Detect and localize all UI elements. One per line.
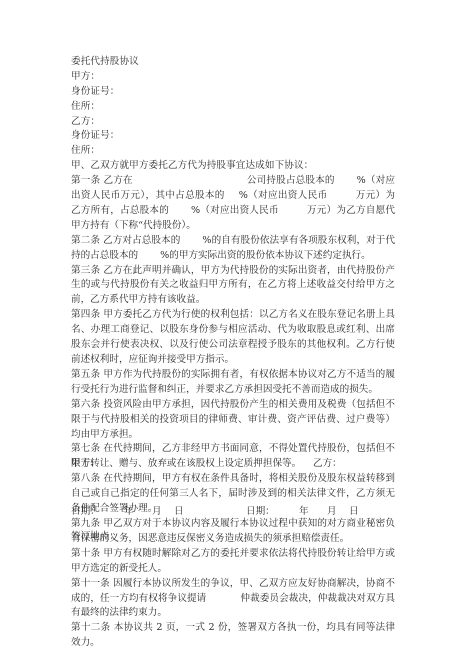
clause-number: 第四条 bbox=[71, 309, 100, 320]
clause-11: 第十一条 因履行本协议所发生的争议，甲、乙双方应友好协商解决，协商不成的，任一方… bbox=[71, 577, 395, 622]
clause-2: 第二条 乙方对占总股本的%的自有股份依法享有各项股东权利，对于代持的占总股本的%… bbox=[71, 234, 395, 264]
clause-7: 第七条 在代持期间，乙方非经甲方书面同意，不得处置代持股份，包括但不限于转让、赠… bbox=[71, 442, 395, 472]
date-row: 日期： 年 月 日 日期： 年 月 日 bbox=[71, 505, 100, 519]
clause-number: 第十条 bbox=[71, 548, 100, 559]
clause-number: 第一条 bbox=[71, 175, 100, 186]
clause-10: 第十条 甲方有权随时解除对乙方的委托并要求依法将代持股份转让给甲方或甲方选定的新… bbox=[71, 547, 395, 577]
clause-number: 第三条 bbox=[71, 265, 100, 276]
party-a-address-label: 住所： bbox=[71, 100, 395, 115]
agreement-document: 委托代持股协议 甲方： 身份证号： 住所： 乙方： 身份证号： 住所： 甲、乙双… bbox=[71, 55, 395, 651]
clause-number: 第十二条 bbox=[71, 622, 110, 633]
signing-place-label: 签订地点： bbox=[71, 531, 119, 542]
party-a-id-label: 身份证号： bbox=[71, 85, 395, 100]
preamble: 甲、乙双方就甲方委托乙方代为持股事宜达成如下协议： bbox=[71, 159, 395, 174]
clause-number: 第五条 bbox=[71, 369, 100, 380]
signature-row: 甲方： 乙方： bbox=[71, 457, 100, 471]
signing-place-row: 签订地点： bbox=[71, 530, 119, 544]
party-a-date-label: 日期： bbox=[71, 506, 100, 517]
clause-1: 第一条 乙方在公司持股占总股本的%（对应出资人民币万元），其中占总股本的%（对应… bbox=[71, 174, 395, 234]
clause-number: 第八条 bbox=[71, 473, 100, 484]
party-b-address-label: 住所： bbox=[71, 144, 395, 159]
clause-9: 第九条 甲乙双方对于本协议内容及履行本协议过程中获知的对方商业秘密负有保密的义务… bbox=[71, 517, 395, 547]
party-a-label: 甲方： bbox=[71, 70, 395, 85]
clause-6: 第六条 投资风险由甲方承担，因代持股份产生的相关费用及税费（包括但不限于与代持股… bbox=[71, 398, 395, 443]
clause-number: 第九条 bbox=[71, 518, 100, 529]
party-b-signature-label: 乙方： bbox=[313, 457, 342, 471]
clause-3: 第三条 乙方在此声明并确认，甲方为代持股份的实际出资者，由代持股份产生的或与代持… bbox=[71, 264, 395, 309]
clause-number: 第十一条 bbox=[71, 578, 110, 589]
party-b-label: 乙方： bbox=[71, 115, 395, 130]
clause-number: 第二条 bbox=[71, 235, 100, 246]
clause-number: 第七条 bbox=[71, 443, 100, 454]
clause-12: 第十二条 本协议共 2 页，一式 2 份，签署双方各执一份，均具有同等法律效力。 bbox=[71, 621, 395, 651]
clause-5: 第五条 甲方作为代持股份的实际拥有者，有权依据本协议对乙方不适当的履行受托行为进… bbox=[71, 368, 395, 398]
party-b-date-label: 日期： bbox=[246, 505, 275, 519]
clause-number: 第六条 bbox=[71, 399, 100, 410]
clause-4: 第四条 甲方委托乙方代为行使的权利包括：以乙方名义在股东登记名册上具名、办理工商… bbox=[71, 308, 395, 368]
party-a-signature-label: 甲方： bbox=[71, 458, 100, 469]
document-title: 委托代持股协议 bbox=[71, 55, 395, 70]
clause-8: 第八条 在代持期间，甲方有权在条件具备时，将相关股份及股东权益转移到自己或自己指… bbox=[71, 472, 395, 517]
party-b-id-label: 身份证号： bbox=[71, 129, 395, 144]
